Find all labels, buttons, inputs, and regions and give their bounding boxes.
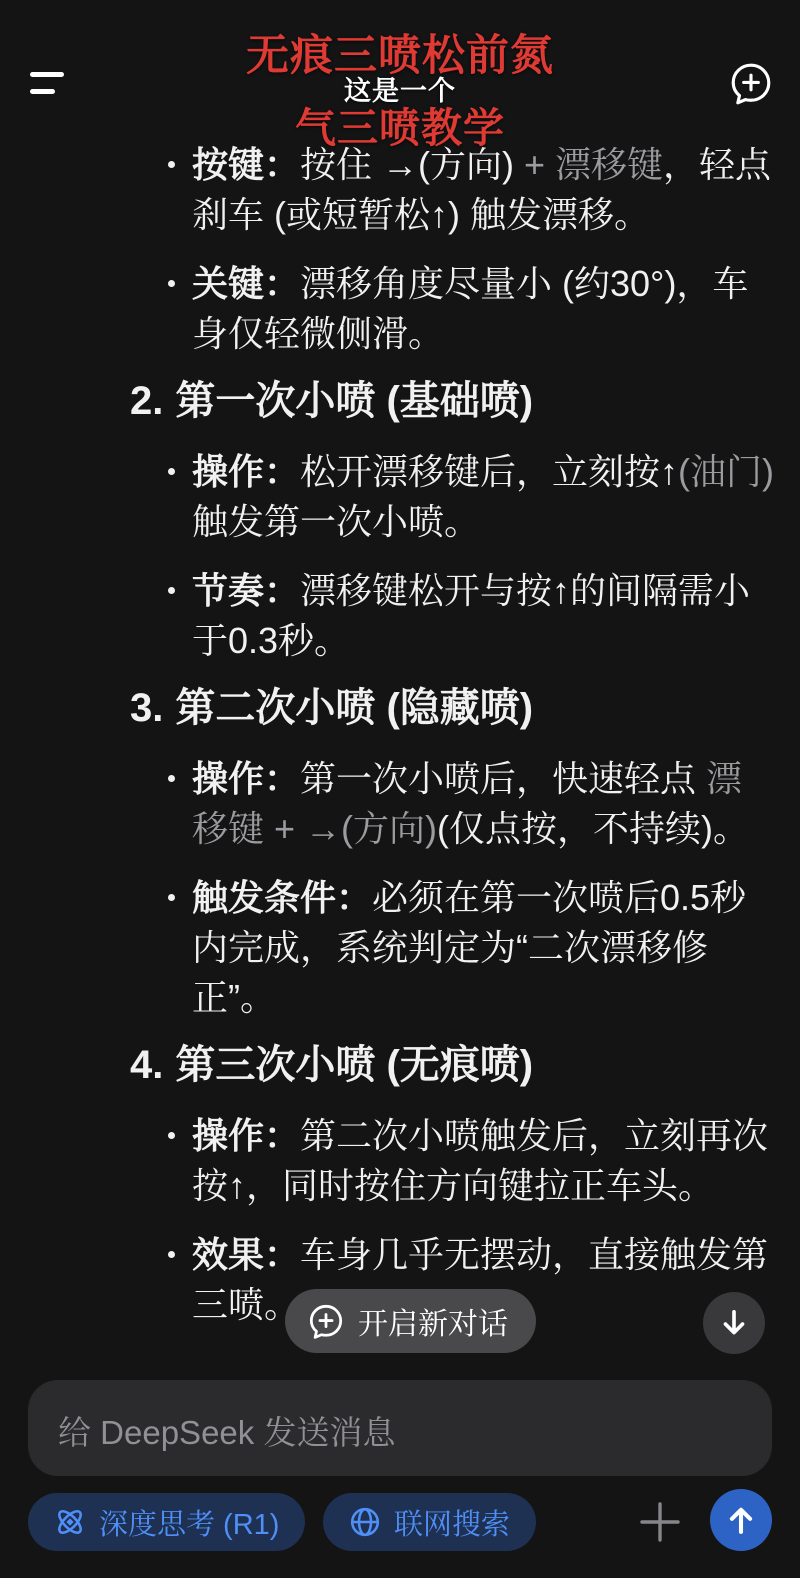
arrow-up-icon <box>724 1503 758 1537</box>
bullet-label: 操作： <box>192 758 300 799</box>
list-item-operation: 操作：松开漂移键后，立刻按↑(油门) 触发第一次小喷。 <box>130 447 774 547</box>
bullet-dot <box>168 775 175 782</box>
deepthink-r1-label: 深度思考 (R1) <box>99 1502 279 1543</box>
heading-number: 4. <box>130 1043 163 1087</box>
list-item-keys: 按键：按住 →(方向) + 漂移键，轻点刹车 (或短暂松↑) 触发漂移。 <box>130 140 774 240</box>
bullet-label: 触发条件： <box>192 877 372 918</box>
section-heading-3: 3.第二次小喷 (隐藏喷) <box>130 685 774 731</box>
heading-number: 2. <box>130 379 163 423</box>
list-item-trigger-condition: 触发条件：必须在第一次喷后0.5秒内完成，系统判定为“二次漂移修正”。 <box>130 873 774 1023</box>
section-heading-4: 4.第三次小喷 (无痕喷) <box>130 1042 774 1088</box>
bullet-text: 第一次小喷后，快速轻点 <box>300 758 706 799</box>
list-item-operation: 操作：第二次小喷触发后，立刻再次按↑，同时按住方向键拉正车头。 <box>130 1111 774 1211</box>
list-item-operation: 操作：第一次小喷后，快速轻点 漂移键 + →(方向)(仅点按，不持续)。 <box>130 754 774 854</box>
attach-plus-button[interactable] <box>637 1499 683 1545</box>
bullet-label: 操作： <box>192 1115 300 1156</box>
heading-title: 第一次小喷 (基础喷) <box>175 379 533 423</box>
bullet-dot <box>168 280 175 287</box>
floating-actions-row: 开启新对话 <box>0 1289 800 1355</box>
bullet-text: 触发第一次小喷。 <box>192 501 480 542</box>
send-button[interactable] <box>710 1489 772 1551</box>
bullet-dot <box>168 587 175 594</box>
start-new-chat-button[interactable]: 开启新对话 <box>285 1289 536 1353</box>
arrow-down-icon <box>718 1307 750 1339</box>
plus-icon <box>637 1499 683 1545</box>
section-heading-2: 2.第一次小喷 (基础喷) <box>130 378 774 424</box>
bullet-dot <box>168 1251 175 1258</box>
list-item-rhythm: 节奏：漂移键松开与按↑的间隔需小于0.3秒。 <box>130 566 774 666</box>
assistant-message: 按键：按住 →(方向) + 漂移键，轻点刹车 (或短暂松↑) 触发漂移。 关键：… <box>0 140 800 1349</box>
heading-title: 第三次小喷 (无痕喷) <box>175 1043 533 1087</box>
heading-number: 3. <box>130 686 163 730</box>
overlay-caption-red-bottom: 气三喷教学 <box>0 95 800 154</box>
scroll-to-bottom-button[interactable] <box>703 1292 765 1354</box>
heading-title: 第二次小喷 (隐藏喷) <box>175 686 533 730</box>
bullet-text: 松开漂移键后，立刻按↑ <box>300 451 678 492</box>
web-search-toggle[interactable]: 联网搜索 <box>323 1493 536 1551</box>
start-new-chat-label: 开启新对话 <box>358 1299 508 1343</box>
composer <box>28 1380 772 1476</box>
list-item-key-point: 关键：漂移角度尽量小 (约30°)，车身仅轻微侧滑。 <box>130 259 774 359</box>
speech-bubble-plus-icon <box>307 1302 345 1340</box>
bullet-dot <box>168 1132 175 1139</box>
bullet-dot <box>168 161 175 168</box>
composer-toolbar: 深度思考 (R1) 联网搜索 <box>0 1493 800 1553</box>
bullet-label: 效果： <box>192 1234 300 1275</box>
bullet-text: (仅点按，不持续)。 <box>437 808 749 849</box>
bullet-label: 操作： <box>192 451 300 492</box>
message-input[interactable] <box>28 1380 772 1476</box>
globe-icon <box>349 1506 381 1538</box>
atom-icon <box>54 1506 86 1538</box>
bullet-label: 节奏： <box>192 570 300 611</box>
deepthink-r1-toggle[interactable]: 深度思考 (R1) <box>28 1493 305 1551</box>
bullet-text-gray: (油门) <box>678 451 774 492</box>
web-search-label: 联网搜索 <box>394 1502 510 1543</box>
bullet-dot <box>168 894 175 901</box>
bullet-label: 关键： <box>192 263 300 304</box>
deepseek-chat-screen: 无痕三喷松前氮 这是一个 气三喷教学 按键：按住 →(方向) + 漂移键，轻点刹… <box>0 0 800 1578</box>
bullet-dot <box>168 468 175 475</box>
